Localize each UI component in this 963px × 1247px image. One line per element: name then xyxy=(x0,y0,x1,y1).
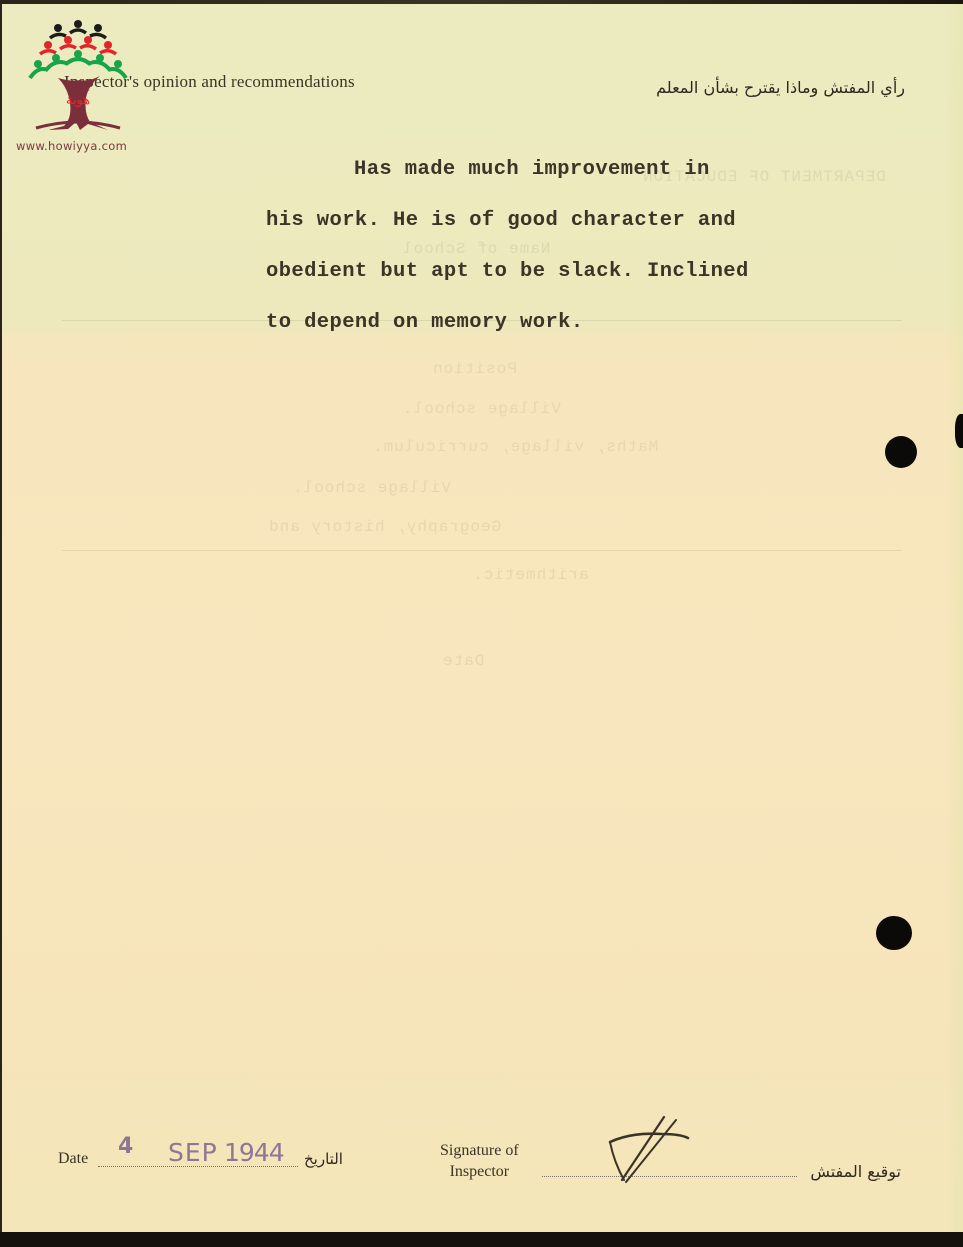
svg-text:هوية: هوية xyxy=(66,93,90,108)
remarks-line: obedient but apt to be slack. Inclined xyxy=(266,246,749,297)
signature-label-line1: Signature of xyxy=(440,1140,519,1161)
punch-hole xyxy=(955,414,963,448)
paper-stain xyxy=(2,334,963,1232)
remarks-line: to depend on memory work. xyxy=(266,297,749,348)
form-rule xyxy=(62,550,902,551)
date-label-ar: التاريخ xyxy=(304,1150,343,1168)
howiyya-logo-icon: هوية xyxy=(28,18,128,138)
date-stamp-day: 4 xyxy=(118,1134,134,1159)
punch-hole xyxy=(876,916,912,950)
bleed-through-text: Village school. xyxy=(292,479,451,497)
signature-label-line2: Inspector xyxy=(440,1161,519,1182)
remarks-line: his work. He is of good character and xyxy=(266,195,749,246)
bleed-through-text: Date xyxy=(442,652,484,670)
signature-label-en: Signature of Inspector xyxy=(440,1140,519,1182)
date-stamp-month: SEP xyxy=(168,1138,218,1167)
inspector-remarks: Has made much improvement in his work. H… xyxy=(266,144,749,348)
paper-edge xyxy=(945,4,963,1232)
watermark-url: www.howiyya.com xyxy=(16,139,127,153)
date-stamp-year: 1944 xyxy=(224,1138,284,1167)
bleed-through-text: Village school. xyxy=(402,400,561,418)
bleed-through-text: arithmetic. xyxy=(472,566,589,584)
section-heading-ar: رأي المفتش وماذا يقترح بشأن المعلم xyxy=(656,78,905,97)
bleed-through-text: Geography, history and xyxy=(268,518,501,536)
signature-label-ar: توقيع المفتش xyxy=(810,1162,901,1181)
scan-bottom-border xyxy=(0,1232,963,1247)
document-page: DEPARTMENT OF EDUCATION Name of School P… xyxy=(2,4,963,1232)
date-label-en: Date xyxy=(58,1150,88,1168)
remarks-line: Has made much improvement in xyxy=(266,144,749,195)
bleed-through-text: Maths, village, curriculum. xyxy=(372,438,658,456)
punch-hole xyxy=(885,436,917,468)
inspector-signature xyxy=(602,1112,692,1187)
bleed-through-text: Position xyxy=(432,360,517,378)
